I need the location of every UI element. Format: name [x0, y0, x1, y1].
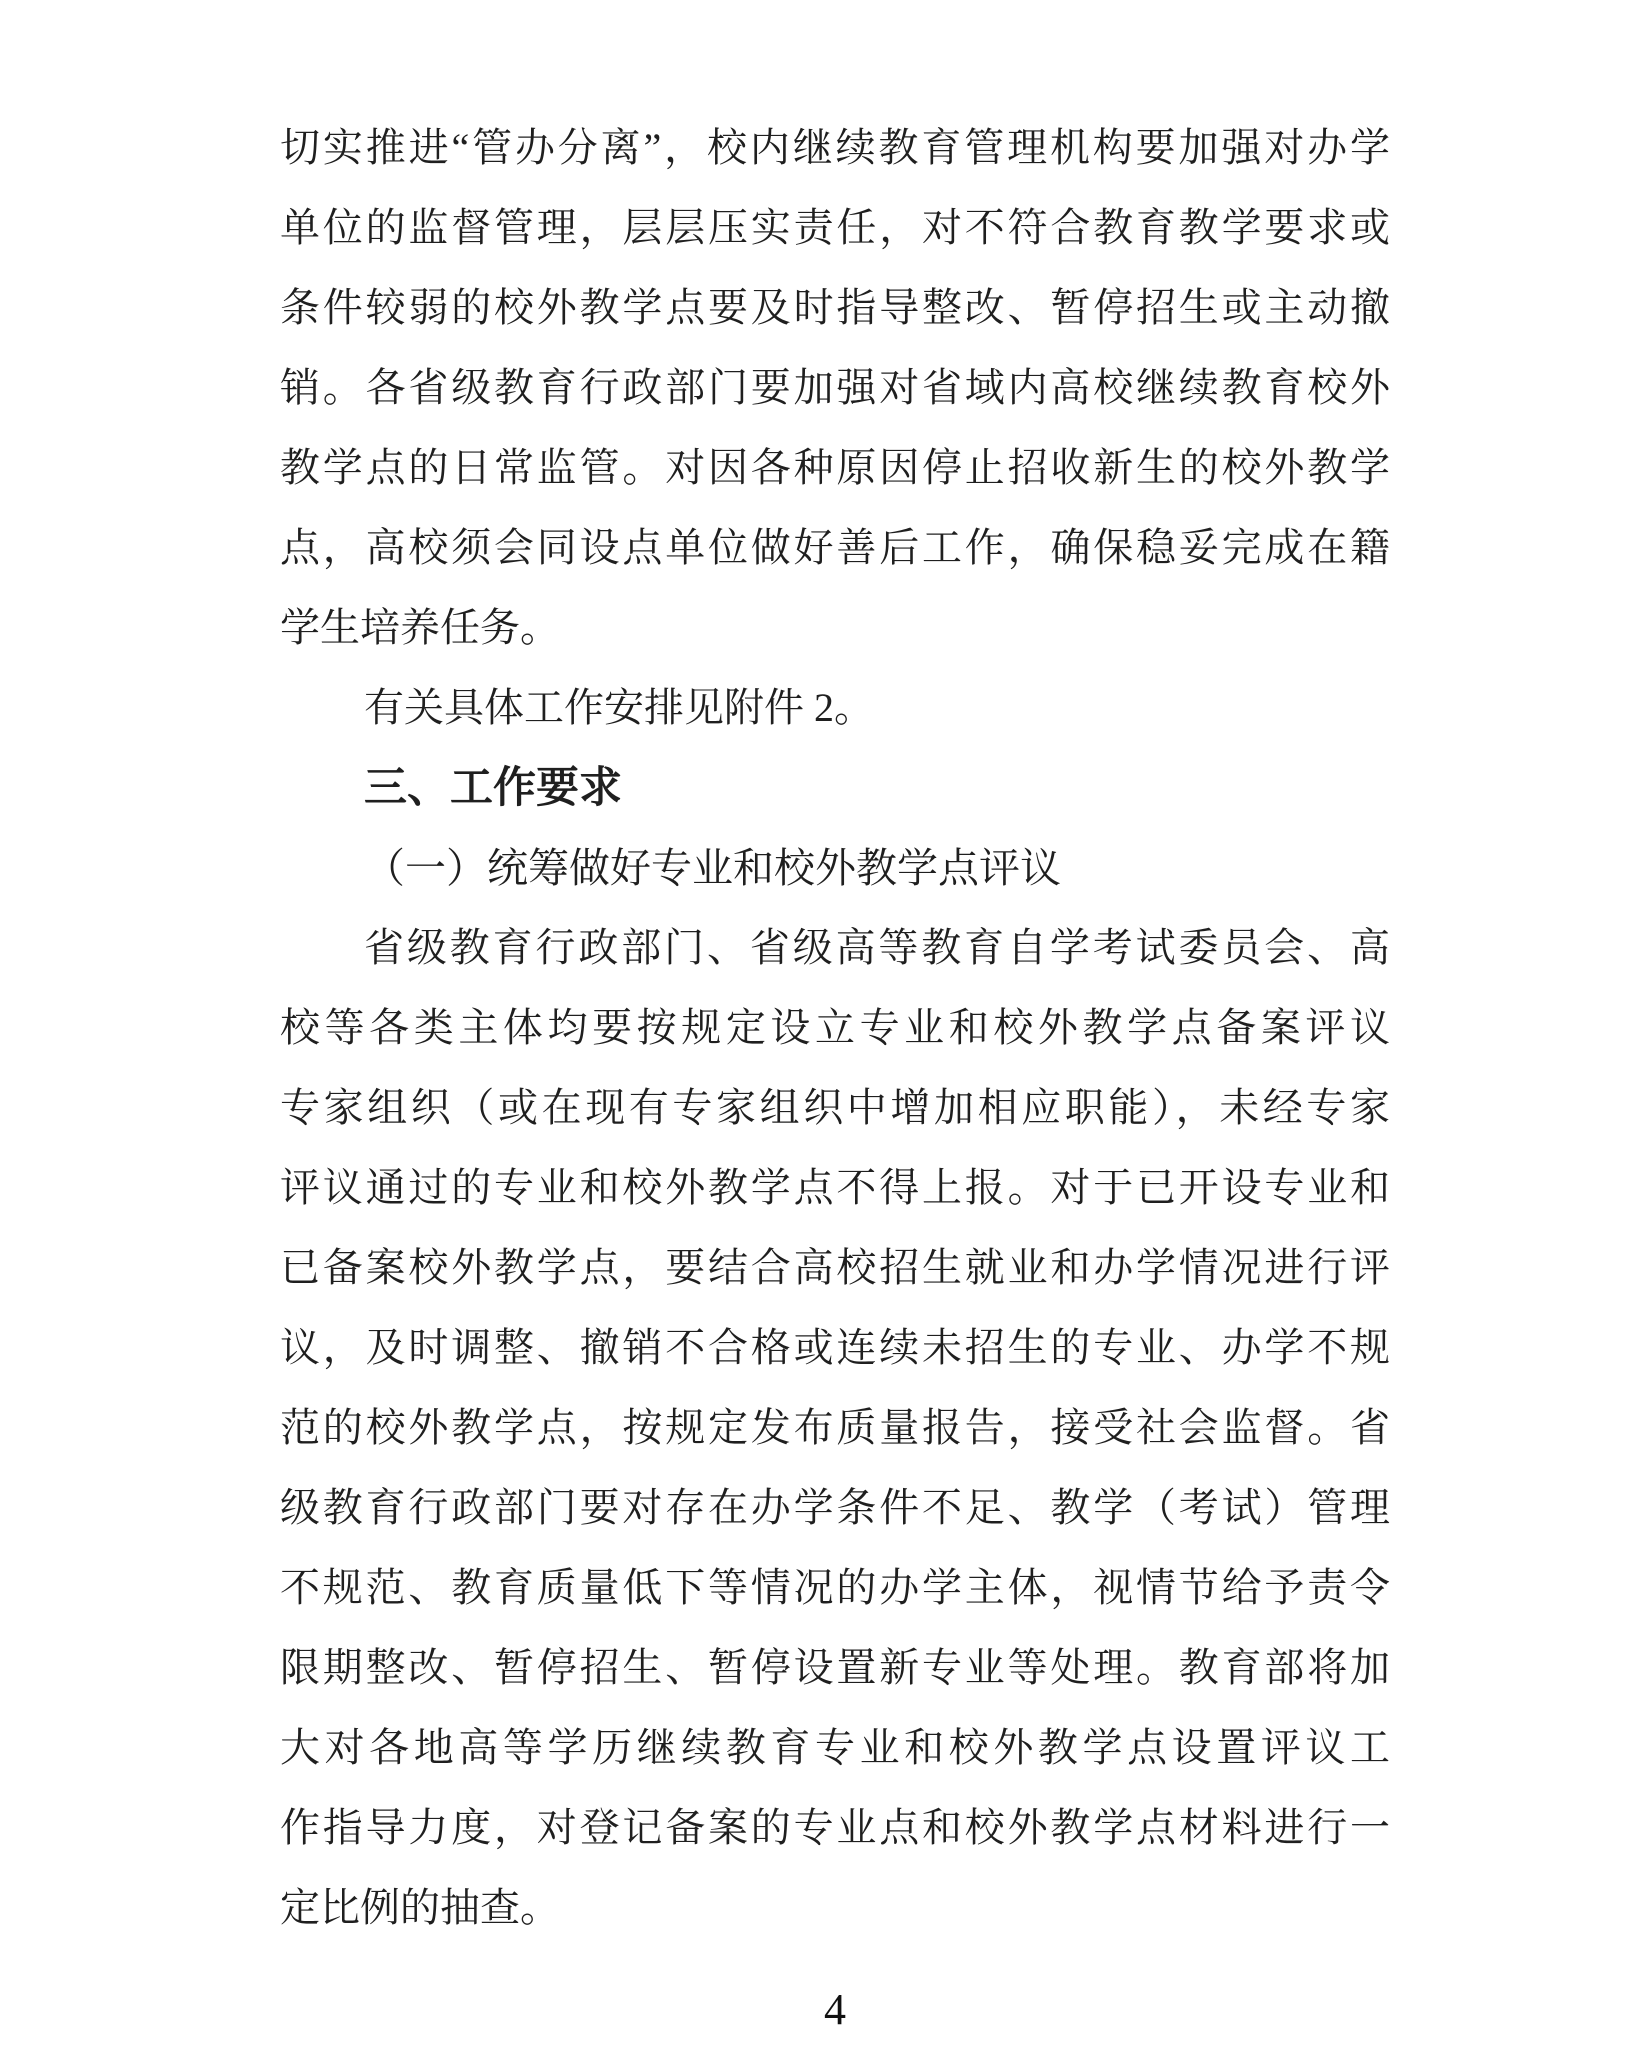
text-line: 定比例的抽查。 [280, 1868, 1390, 1948]
text-line: 范的校外教学点，按规定发布质量报告，接受社会监督。省 [280, 1388, 1390, 1468]
text-line: 评议通过的专业和校外教学点不得上报。对于已开设专业和 [280, 1148, 1390, 1228]
text-line: 学生培养任务。 [280, 588, 1390, 668]
document-body: 切实推进“管办分离”，校内继续教育管理机构要加强对办学单位的监督管理，层层压实责… [280, 108, 1390, 1948]
text-line: 条件较弱的校外教学点要及时指导整改、暂停招生或主动撤 [280, 268, 1390, 348]
section-heading: 三、工作要求 [280, 748, 1390, 828]
text-line: 教学点的日常监管。对因各种原因停止招收新生的校外教学 [280, 428, 1390, 508]
text-line: 校等各类主体均要按规定设立专业和校外教学点备案评议 [280, 988, 1390, 1068]
text-line: 议，及时调整、撤销不合格或连续未招生的专业、办学不规 [280, 1308, 1390, 1388]
text-line: 专家组织（或在现有专家组织中增加相应职能），未经专家 [280, 1068, 1390, 1148]
text-line: 切实推进“管办分离”，校内继续教育管理机构要加强对办学 [280, 108, 1390, 188]
text-line: 大对各地高等学历继续教育专业和校外教学点设置评议工 [280, 1708, 1390, 1788]
text-line: 省级教育行政部门、省级高等教育自学考试委员会、高 [280, 908, 1390, 988]
text-line: 级教育行政部门要对存在办学条件不足、教学（考试）管理 [280, 1468, 1390, 1548]
text-line: 单位的监督管理，层层压实责任，对不符合教育教学要求或 [280, 188, 1390, 268]
subsection-heading: （一）统筹做好专业和校外教学点评议 [280, 828, 1390, 908]
scanned-document-page: 切实推进“管办分离”，校内继续教育管理机构要加强对办学单位的监督管理，层层压实责… [0, 0, 1650, 2070]
text-line: 销。各省级教育行政部门要加强对省域内高校继续教育校外 [280, 348, 1390, 428]
text-line: 有关具体工作安排见附件 2。 [280, 668, 1390, 748]
page-number: 4 [280, 1978, 1390, 2042]
text-line: 不规范、教育质量低下等情况的办学主体，视情节给予责令 [280, 1548, 1390, 1628]
text-line: 作指导力度，对登记备案的专业点和校外教学点材料进行一 [280, 1788, 1390, 1868]
text-line: 点，高校须会同设点单位做好善后工作，确保稳妥完成在籍 [280, 508, 1390, 588]
text-line: 限期整改、暂停招生、暂停设置新专业等处理。教育部将加 [280, 1628, 1390, 1708]
text-line: 已备案校外教学点，要结合高校招生就业和办学情况进行评 [280, 1228, 1390, 1308]
